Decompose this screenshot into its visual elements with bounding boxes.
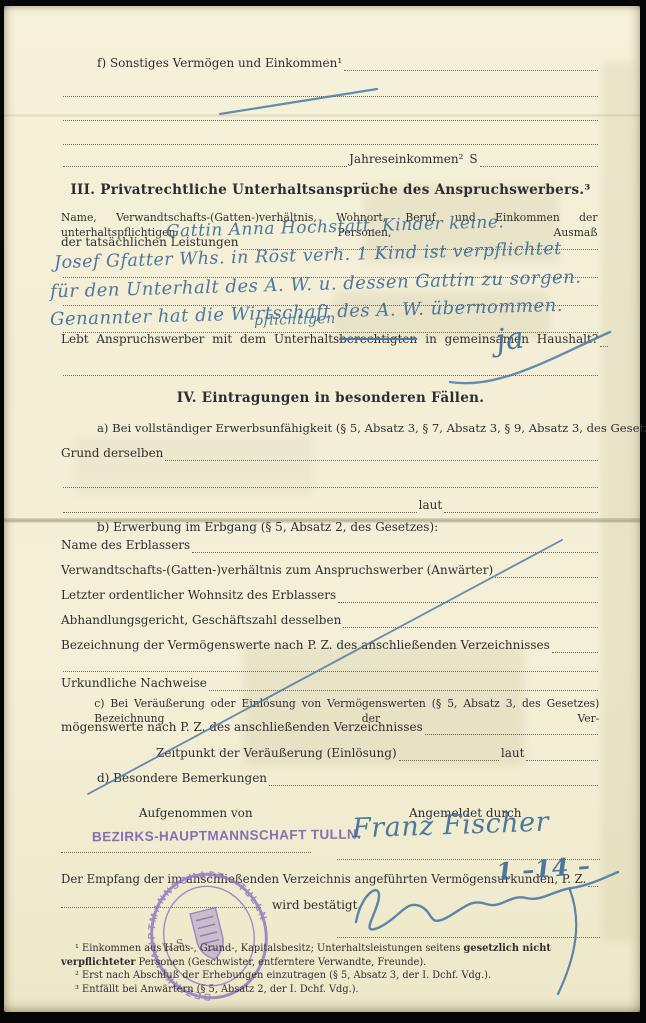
dotted-fill-line (343, 614, 598, 628)
form-page: f) Sonstiges Vermögen und Einkommen¹ Jah… (4, 6, 640, 1012)
item-a: a) Bei vollständiger Erwerbsunfähigkeit … (61, 421, 600, 436)
item-c-cont: mögenswerte nach P. Z. des anschließende… (61, 720, 600, 735)
laut-label: laut (501, 746, 525, 761)
footnote-2: ² Erst nach Abschluß der Erhebungen einz… (61, 969, 606, 983)
field-label: Name des Erblassers (61, 538, 190, 553)
field-zeitpunkt: Zeitpunkt der Veräußerung (Einlösung) la… (61, 746, 600, 761)
fill-row (61, 474, 600, 488)
field-erblasser-name: Name des Erblassers (61, 538, 600, 553)
dotted-fill-line (63, 499, 417, 513)
field-wohnsitz: Letzter ordentlicher Wohnsitz des Erblas… (61, 588, 600, 603)
currency-symbol: S (469, 152, 477, 167)
dotted-fill-line (344, 57, 598, 71)
field-sonstiges-vermoegen: f) Sonstiges Vermögen und Einkommen¹ (61, 56, 600, 71)
dotted-fill-line (526, 747, 598, 761)
scanned-form-photo: { "colors":{"paper":"#f3eed5","ink":"#2e… (0, 0, 646, 1023)
dotted-fill-line (425, 721, 598, 735)
handwritten-signature-fischer: Franz Fischer (352, 807, 550, 845)
dotted-fill-line (338, 589, 598, 603)
dotted-fill-line (480, 153, 598, 167)
field-label: Bezeichnung der Vermögenswerte nach P. Z… (61, 638, 550, 653)
handwritten-correction: pflichtigen (254, 311, 336, 329)
field-gericht: Abhandlungsgericht, Geschäftszahl dessel… (61, 613, 600, 628)
field-grund: Grund derselben (61, 446, 600, 461)
dotted-fill-line (399, 747, 499, 761)
dotted-fill-line (165, 447, 598, 461)
field-urkundliche: Urkundliche Nachweise (61, 676, 600, 691)
section-iv-heading: IV. Eintragungen in besonderen Fällen. (61, 390, 600, 406)
struck-word: berechtigten (339, 332, 417, 347)
fill-row (61, 107, 600, 121)
field-label: Abhandlungsgericht, Geschäftszahl dessel… (61, 613, 341, 628)
footnote-3: ³ Entfällt bei Anwärtern (§ 5, Absatz 2,… (61, 983, 606, 997)
field-label: Verwandtschafts-(Gatten-)verhältnis zum … (61, 563, 493, 578)
fill-row (61, 83, 600, 97)
field-label: Urkundliche Nachweise (61, 676, 207, 691)
field-bemerkungen: d) Besondere Bemerkungen (61, 771, 600, 786)
dotted-fill-line (600, 333, 608, 347)
fill-row (61, 131, 600, 145)
dotted-fill-line (63, 83, 598, 97)
item-b: b) Erwerbung im Erbgang (§ 5, Absatz 2, … (61, 520, 600, 535)
question-text: Lebt Anspruchswerber mit dem Unterhalts (61, 332, 339, 347)
field-label: Letzter ordentlicher Wohnsitz des Erblas… (61, 588, 336, 603)
item-b-text: b) Erwerbung im Erbgang (§ 5, Absatz 2, … (97, 520, 438, 535)
dotted-fill-line (63, 474, 598, 488)
item-c-text2: mögenswerte nach P. Z. des anschließende… (61, 720, 423, 735)
dotted-fill-line (337, 924, 600, 938)
footnote-text: ¹ Einkommen aus Haus-, Grund-, Kapitalsb… (75, 943, 464, 954)
dotted-fill-line (209, 677, 598, 691)
footnote-1: ¹ Einkommen aus Haus-, Grund-, Kapitalsb… (61, 942, 606, 969)
dotted-fill-line (192, 539, 598, 553)
dotted-fill-line (552, 639, 598, 653)
confirm-text: wird bestätigt. (272, 898, 361, 912)
recorded-by-label: Aufgenommen von (61, 806, 331, 821)
field-jahreseinkommen: Jahreseinkommen² S (61, 152, 600, 167)
dotted-fill-line (63, 107, 598, 121)
dotted-fill-line (495, 564, 598, 578)
handwritten-answer: ja (494, 320, 526, 358)
field-laut-a: laut (61, 498, 600, 513)
field-label: f) Sonstiges Vermögen und Einkommen¹ (97, 56, 342, 71)
dotted-fill-line (63, 153, 347, 167)
section-iii-heading: III. Privatrechtliche Unterhaltsansprüch… (61, 182, 600, 198)
dotted-fill-line (63, 658, 598, 672)
dotted-fill-line (269, 772, 598, 786)
field-bezeichnung: Bezeichnung der Vermögenswerte nach P. Z… (61, 638, 600, 653)
jahreseinkommen-label: Jahreseinkommen² (349, 152, 463, 167)
laut-label: laut (419, 498, 443, 513)
dotted-fill-line (444, 499, 598, 513)
dotted-fill-line (63, 131, 598, 145)
bleedthrough-ghost (602, 61, 634, 941)
fill-row (61, 362, 600, 376)
dotted-fill-line (61, 839, 311, 853)
item-a-text: a) Bei vollständiger Erwerbsunfähigkeit … (97, 421, 646, 436)
footnotes: ¹ Einkommen aus Haus-, Grund-, Kapitalsb… (61, 942, 606, 996)
fill-row (61, 658, 600, 672)
field-verhaeltnis: Verwandtschafts-(Gatten-)verhältnis zum … (61, 563, 600, 578)
field-label: Zeitpunkt der Veräußerung (Einlösung) (156, 746, 397, 761)
footnote-text: Personen (Geschwister, entferntere Verwa… (136, 957, 427, 968)
field-label: d) Besondere Bemerkungen (97, 771, 267, 786)
field-label: Grund derselben (61, 446, 163, 461)
dotted-fill-line (63, 362, 598, 376)
